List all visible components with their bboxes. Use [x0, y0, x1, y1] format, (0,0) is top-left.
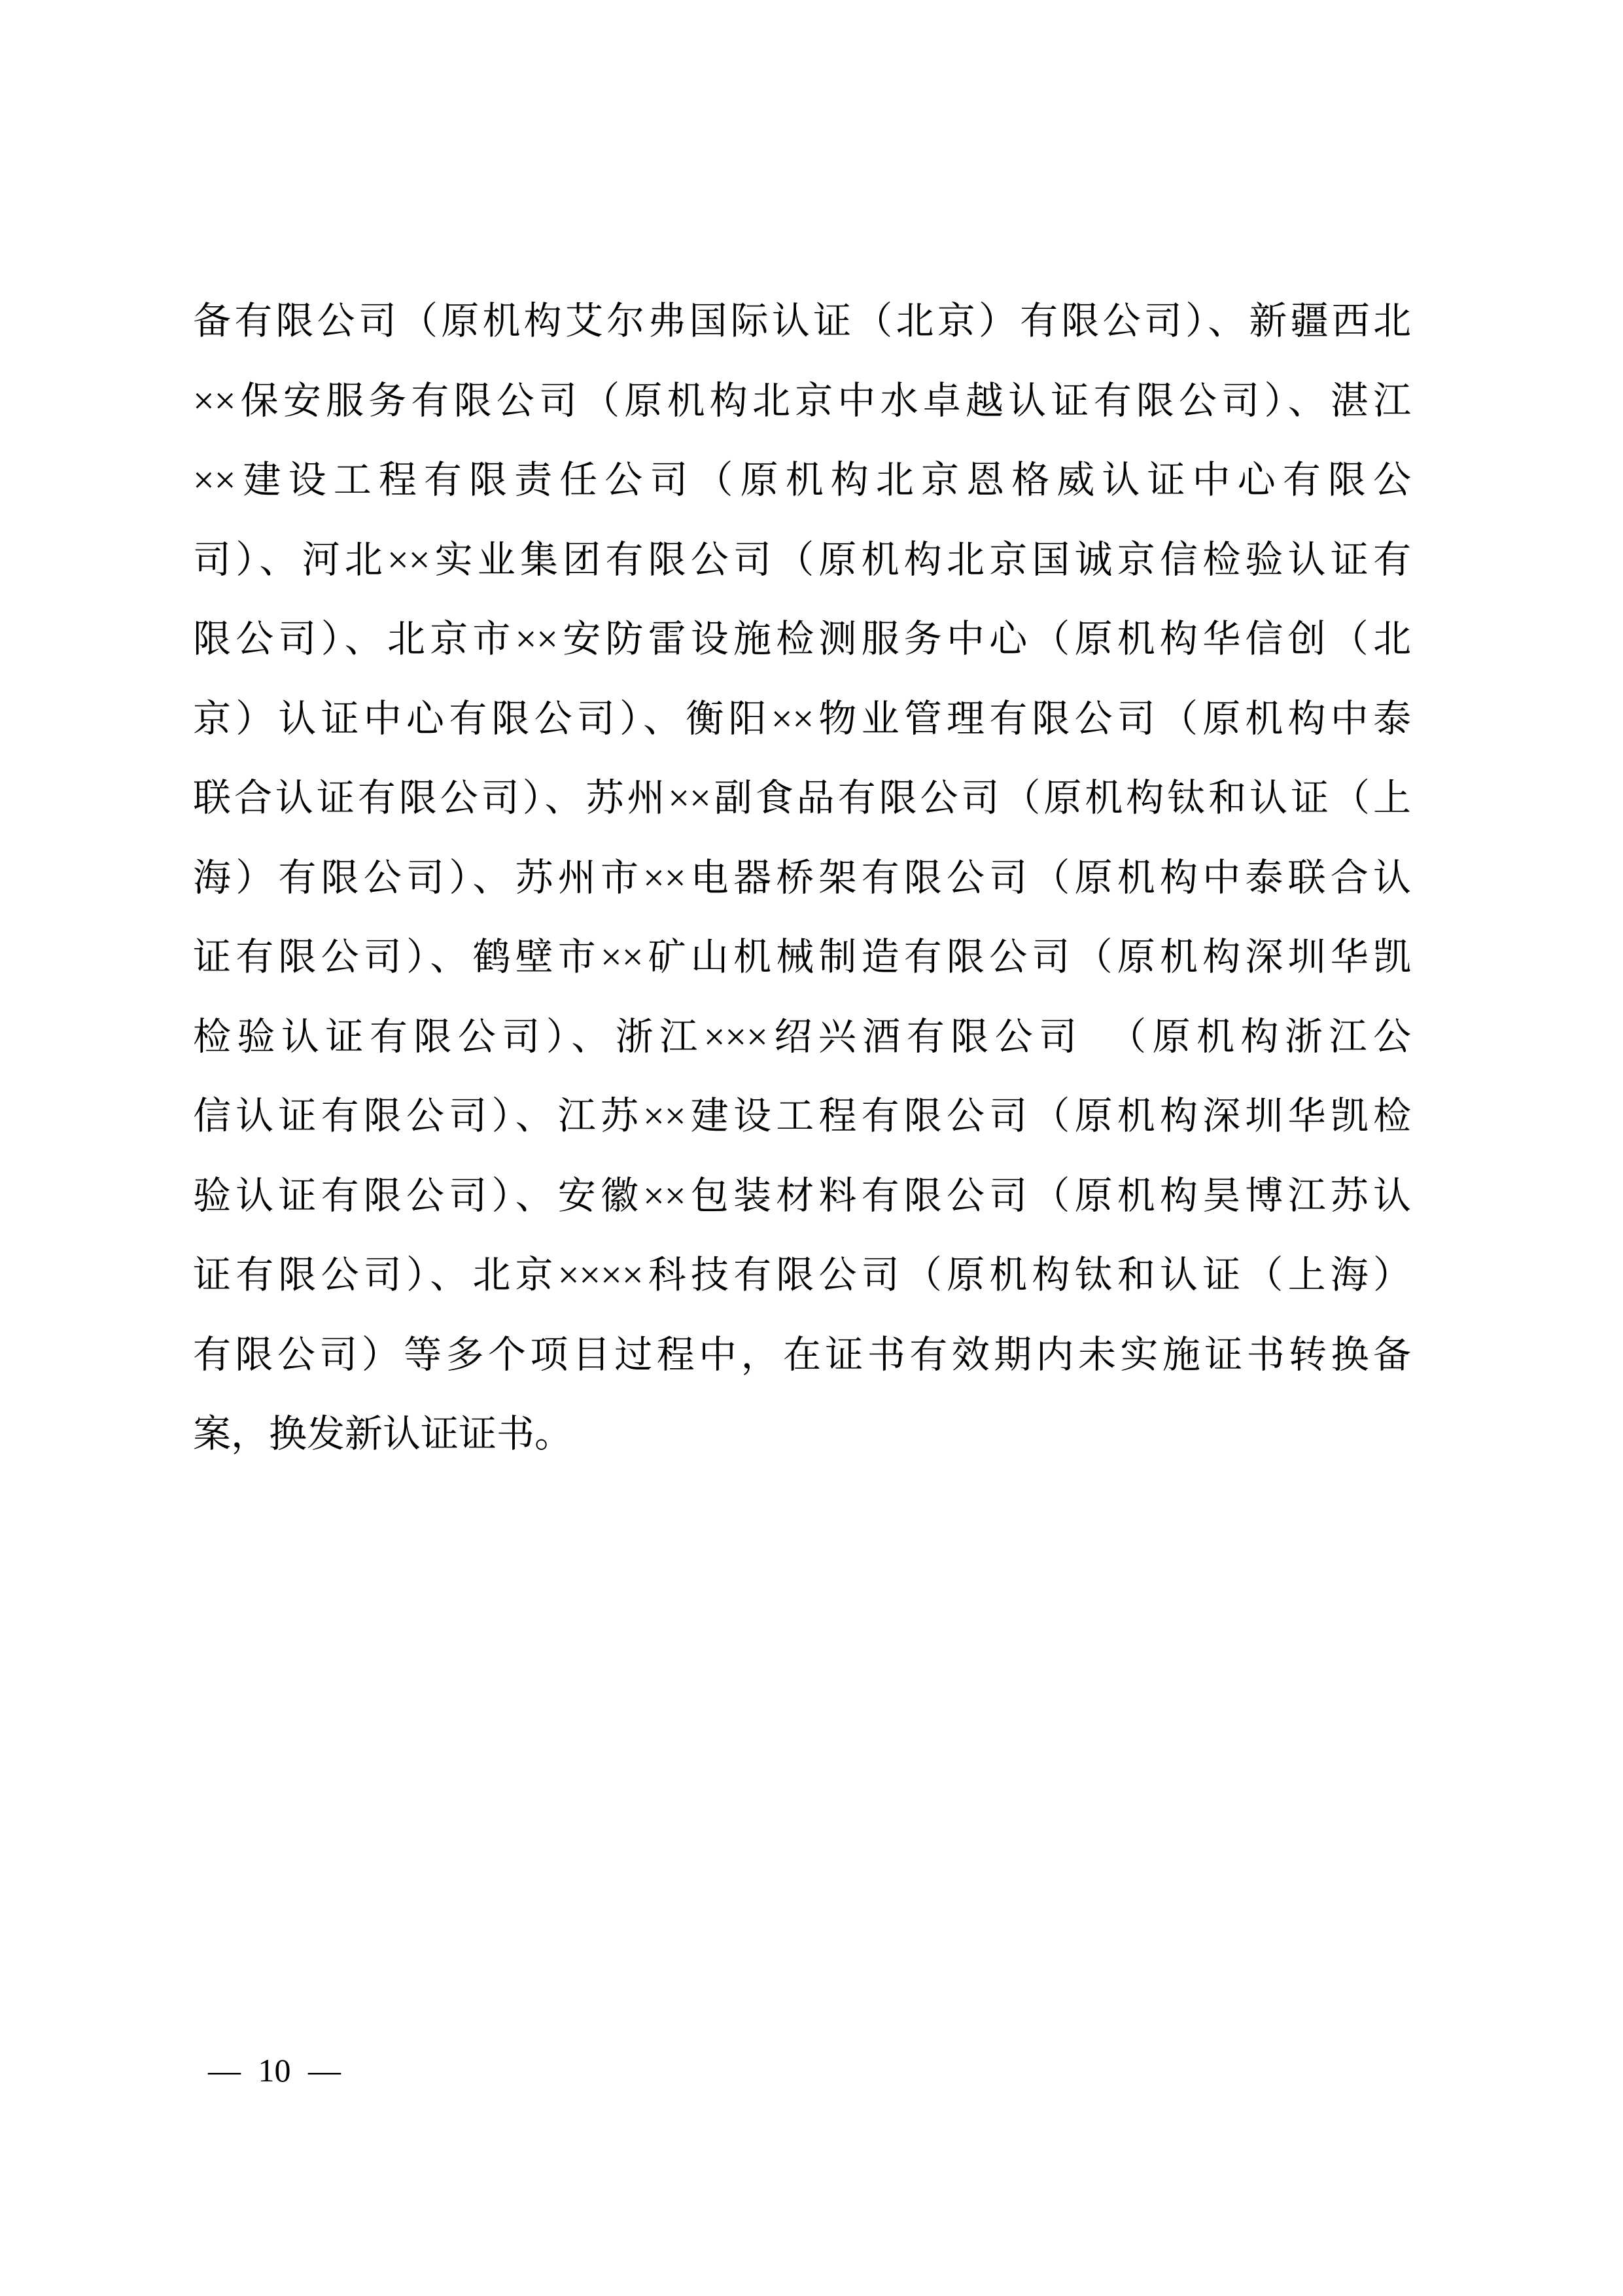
text-line: 海）有限公司）、苏州市××电器桥架有限公司（原机构中泰联合认	[193, 838, 1411, 918]
text-line: 案，换发新认证证书。	[193, 1394, 1411, 1474]
text-line: 联合认证有限公司）、苏州××副食品有限公司（原机构钛和认证（上	[193, 758, 1411, 838]
text-line: ××保安服务有限公司（原机构北京中水卓越认证有限公司）、湛江	[193, 361, 1411, 441]
body-text-block: 备有限公司（原机构艾尔弗国际认证（北京）有限公司）、新疆西北 ××保安服务有限公…	[193, 281, 1411, 1474]
text-line: 证有限公司）、鹤壁市××矿山机械制造有限公司（原机构深圳华凯	[193, 917, 1411, 997]
text-line: 有限公司）等多个项目过程中，在证书有效期内未实施证书转换备	[193, 1315, 1411, 1395]
text-line: 检验认证有限公司）、浙江×××绍兴酒有限公司 （原机构浙江公	[193, 997, 1411, 1077]
text-line: 证有限公司）、北京××××科技有限公司（原机构钛和认证（上海）	[193, 1235, 1411, 1315]
text-line: 验认证有限公司）、安徽××包装材料有限公司（原机构昊博江苏认	[193, 1156, 1411, 1236]
text-line: 京）认证中心有限公司）、衡阳××物业管理有限公司（原机构中泰	[193, 679, 1411, 759]
text-line: 信认证有限公司）、江苏××建设工程有限公司（原机构深圳华凯检	[193, 1076, 1411, 1156]
text-line: ××建设工程有限责任公司（原机构北京恩格威认证中心有限公	[193, 440, 1411, 520]
page-number: — 10 —	[208, 2051, 341, 2090]
document-page: 备有限公司（原机构艾尔弗国际认证（北京）有限公司）、新疆西北 ××保安服务有限公…	[0, 0, 1623, 2296]
text-line: 司）、河北××实业集团有限公司（原机构北京国诚京信检验认证有	[193, 520, 1411, 600]
text-line: 备有限公司（原机构艾尔弗国际认证（北京）有限公司）、新疆西北	[193, 281, 1411, 361]
text-line: 限公司）、北京市××安防雷设施检测服务中心（原机构华信创（北	[193, 599, 1411, 679]
